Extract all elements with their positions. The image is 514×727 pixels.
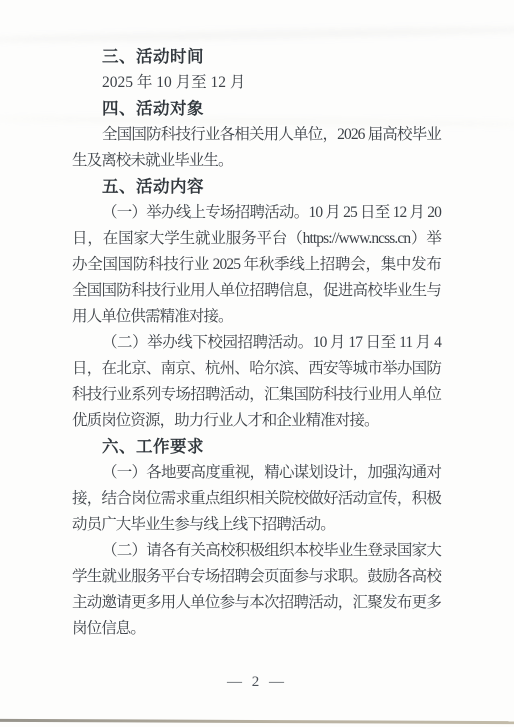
activity-content-paragraph-1: （一）举办线上专场招聘活动。10 月 25 日至 12 月 20 日，在国家大学… bbox=[72, 200, 441, 330]
activity-content-paragraph-2: （二）举办线下校园招聘活动。10 月 17 日至 11 月 4 日，在北京、南京… bbox=[72, 330, 441, 434]
scan-bottom-edge bbox=[0, 719, 514, 724]
section-heading-activity-target: 四、活动对象 bbox=[72, 96, 441, 122]
activity-time-value: 2025 年 10 月至 12 月 bbox=[72, 70, 441, 96]
work-requirements-paragraph-2: （二）请各有关高校积极组织本校毕业生登录国家大学生就业服务平台专场招聘会页面参与… bbox=[72, 538, 441, 642]
scanned-document-page: 三、活动时间 2025 年 10 月至 12 月 四、活动对象 全国国防科技行业… bbox=[0, 0, 514, 727]
section-heading-work-requirements: 六、工作要求 bbox=[72, 434, 441, 460]
scan-streak bbox=[0, 24, 514, 44]
section-heading-activity-time: 三、活动时间 bbox=[72, 44, 441, 70]
work-requirements-paragraph-1: （一）各地要高度重视，精心谋划设计，加强沟通对接，结合岗位需求重点组织相关院校做… bbox=[72, 460, 441, 538]
page-number: — 2 — bbox=[0, 674, 514, 691]
activity-target-paragraph: 全国国防科技行业各相关用人单位，2026 届高校毕业生及离校未就业毕业生。 bbox=[72, 122, 441, 174]
document-body: 三、活动时间 2025 年 10 月至 12 月 四、活动对象 全国国防科技行业… bbox=[72, 44, 441, 642]
section-heading-activity-content: 五、活动内容 bbox=[72, 174, 441, 200]
